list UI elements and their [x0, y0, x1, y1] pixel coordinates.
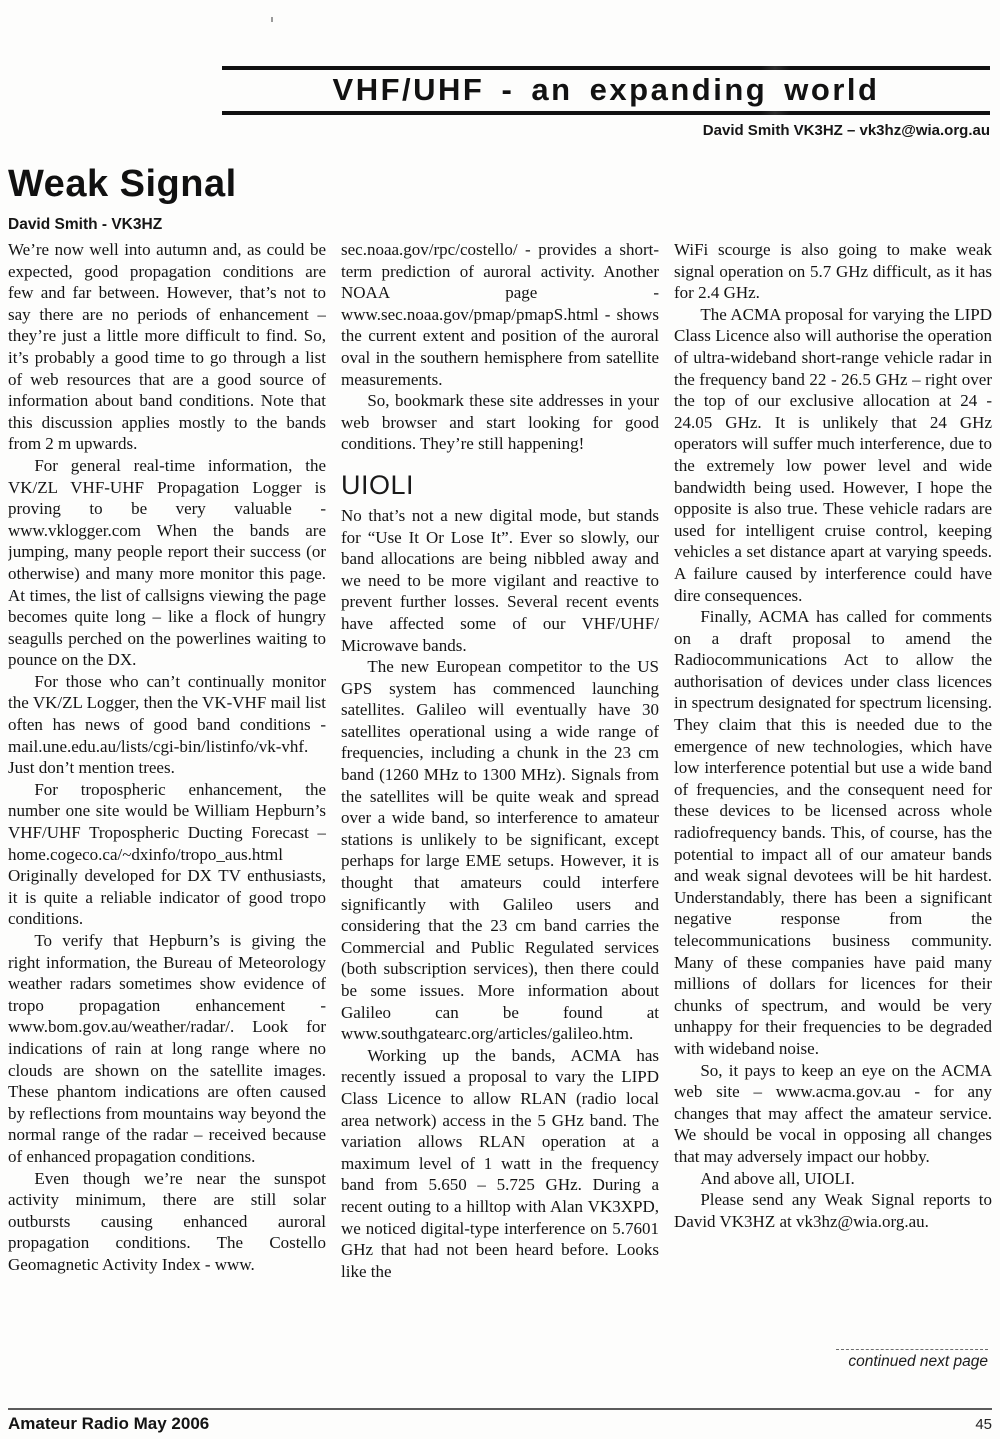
footer-journal: Amateur Radio May 2006	[8, 1414, 209, 1434]
paragraph: And above all, UIOLI.	[674, 1168, 992, 1190]
magazine-page: VHF/UHF - an expanding world David Smith…	[0, 0, 1000, 1439]
column-3: WiFi scourge is also going to make weak …	[674, 239, 992, 1351]
article-columns: We’re now well into autumn and, as could…	[8, 239, 992, 1351]
paragraph: For tropospheric enhancement, the number…	[8, 779, 326, 930]
section-heading-uioli: UIOLI	[341, 470, 659, 500]
paragraph: The new European competitor to the US GP…	[341, 656, 659, 1045]
paragraph: No that’s not a new digital mode, but st…	[341, 505, 659, 656]
paragraph: Even though we’re near the sunspot activ…	[8, 1168, 326, 1276]
paragraph: So, it pays to keep an eye on the ACMA w…	[674, 1060, 992, 1168]
paragraph: For general real-time information, the V…	[8, 455, 326, 671]
footer-page-number: 45	[975, 1416, 992, 1433]
masthead-rule-top	[222, 66, 990, 70]
paragraph: Please send any Weak Signal reports to D…	[674, 1189, 992, 1232]
column-2: sec.noaa.gov/rpc/costello/ - provides a …	[341, 239, 659, 1351]
masthead-byline: David Smith VK3HZ – vk3hz@wia.org.au	[222, 122, 990, 139]
paragraph: We’re now well into autumn and, as could…	[8, 239, 326, 455]
scan-artifact	[271, 17, 273, 22]
paragraph: sec.noaa.gov/rpc/costello/ - provides a …	[341, 239, 659, 390]
paragraph: Working up the bands, ACMA has recently …	[341, 1045, 659, 1283]
column-1: We’re now well into autumn and, as could…	[8, 239, 326, 1351]
footer-rule	[8, 1408, 992, 1410]
paragraph: For those who can’t continually monitor …	[8, 671, 326, 779]
footer-row: Amateur Radio May 2006 45	[8, 1414, 992, 1434]
page-footer: Amateur Radio May 2006 45	[8, 1408, 992, 1434]
paragraph: To verify that Hepburn’s is giving the r…	[8, 930, 326, 1168]
masthead-rule-bottom	[222, 111, 990, 115]
article-title: Weak Signal	[8, 163, 237, 206]
masthead: VHF/UHF - an expanding world David Smith…	[222, 66, 990, 139]
article-author: David Smith - VK3HZ	[8, 216, 162, 234]
paragraph: The ACMA proposal for varying the LIPD C…	[674, 304, 992, 606]
masthead-title: VHF/UHF - an expanding world	[222, 71, 990, 110]
continued-next-page: continued next page	[836, 1349, 988, 1371]
paragraph: So, bookmark these site addresses in you…	[341, 390, 659, 455]
paragraph: Finally, ACMA has called for comments on…	[674, 606, 992, 1059]
paragraph: WiFi scourge is also going to make weak …	[674, 239, 992, 304]
